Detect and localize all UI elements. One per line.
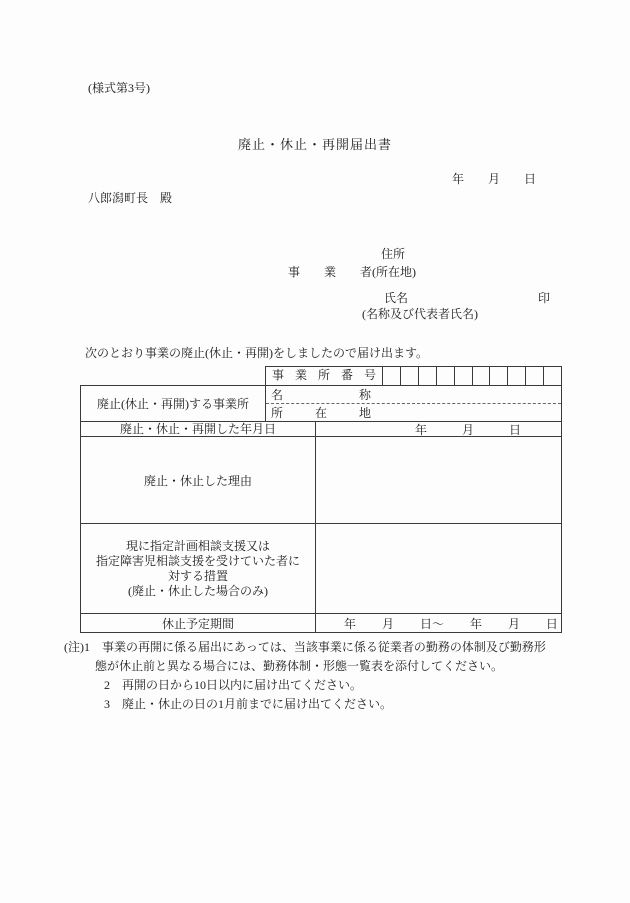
note-line: (注)1 事業の再開に係る届出にあっては、当該事業に係る従業者の勤務の体制及び勤… (64, 638, 546, 655)
measures-label: 現に指定計画相談支援又は 指定障害児相談支援を受けていた者に 対する措置 (廃止… (81, 524, 316, 613)
name-row-label: 名称 (271, 387, 371, 403)
measures-line: 指定障害児相談支援を受けていた者に (96, 554, 300, 569)
name-label: 氏名 (384, 289, 408, 306)
main-table: 廃止(休止・再開)する事業所 名称 所在地 廃止・休止・再開した年月日 年 月 … (80, 385, 562, 633)
reason-row: 廃止・休止した理由 (81, 437, 561, 524)
office-number-box[interactable] (489, 367, 507, 385)
measures-line: 対する措置 (96, 569, 300, 584)
day-tilde-label: 日～ (420, 615, 444, 632)
office-number-box[interactable] (472, 367, 490, 385)
office-number-box[interactable] (436, 367, 454, 385)
office-row: 廃止(休止・再開)する事業所 名称 所在地 (81, 386, 561, 422)
office-number-label: 事業所番号 (266, 367, 383, 385)
name-row: 名称 (266, 386, 561, 404)
measures-line: 現に指定計画相談支援又は (96, 539, 300, 554)
reason-value-cell[interactable] (316, 437, 561, 523)
office-number-box[interactable] (418, 367, 436, 385)
year-label: 年 (470, 615, 482, 632)
month-label: 月 (462, 421, 474, 438)
year-label: 年 (415, 421, 427, 438)
name-value-area[interactable] (371, 386, 561, 403)
suspension-period-units: 年 月 日～ 年 月 日 (344, 615, 558, 632)
year-label: 年 (344, 615, 356, 632)
closure-date-label: 廃止・休止・再開した年月日 (81, 422, 316, 436)
measures-line: (廃止・休止した場合のみ) (96, 584, 300, 599)
office-number-box[interactable] (507, 367, 525, 385)
note-line: 2 再開の日から10日以内に届け出てください。 (104, 676, 362, 693)
month-label: 月 (508, 615, 520, 632)
location-row-label: 所在地 (271, 405, 371, 421)
measures-value-cell[interactable] (316, 524, 561, 613)
office-number-box[interactable] (525, 367, 543, 385)
date-line: 年 月 日 (452, 170, 536, 187)
page-title: 廃止・休止・再開届出書 (0, 134, 630, 153)
suspension-period-row: 休止予定期間 年 月 日～ 年 月 日 (81, 614, 561, 632)
office-number-box[interactable] (543, 367, 561, 385)
reason-label: 廃止・休止した理由 (81, 437, 316, 523)
day-label: 日 (546, 615, 558, 632)
location-value-area[interactable] (371, 404, 561, 421)
name-sublabel: (名称及び代表者氏名) (362, 305, 478, 322)
closure-date-row: 廃止・休止・再開した年月日 年 月 日 (81, 422, 561, 437)
office-number-box[interactable] (383, 367, 400, 385)
month-label: 月 (382, 615, 394, 632)
address-label: 住所 (381, 245, 405, 262)
suspension-period-value-cell[interactable]: 年 月 日～ 年 月 日 (316, 614, 561, 632)
closure-date-value-cell[interactable]: 年 月 日 (316, 422, 561, 436)
office-number-box[interactable] (400, 367, 418, 385)
operator-label: 事 業 者 (288, 265, 372, 279)
suspension-period-label: 休止予定期間 (81, 614, 316, 632)
form-page: (様式第3号) 廃止・休止・再開届出書 年 月 日 八郎潟町長 殿 住所 事 業… (0, 0, 630, 903)
operator-line: 事 業 者(所在地) (288, 263, 416, 280)
day-label: 日 (509, 421, 521, 438)
note-line: 3 廃止・休止の日の1月前までに届け出てください。 (104, 695, 392, 712)
note-line: 態が休止前と異なる場合には、勤務体制・形態一覧表を添付してください。 (95, 657, 503, 674)
closure-date-units: 年 月 日 (415, 421, 521, 438)
measures-row: 現に指定計画相談支援又は 指定障害児相談支援を受けていた者に 対する措置 (廃止… (81, 524, 561, 614)
office-cell-label: 廃止(休止・再開)する事業所 (81, 386, 266, 421)
form-number: (様式第3号) (88, 79, 150, 96)
office-number-box[interactable] (454, 367, 472, 385)
seal-label: 印 (538, 289, 550, 306)
addressee: 八郎潟町長 殿 (88, 189, 172, 206)
office-number-row: 事業所番号 (265, 366, 562, 385)
operator-sublabel: (所在地) (372, 265, 416, 279)
intro-text: 次のとおり事業の廃止(休止・再開)をしましたので届け出ます。 (85, 344, 428, 361)
location-row: 所在地 (266, 404, 561, 421)
